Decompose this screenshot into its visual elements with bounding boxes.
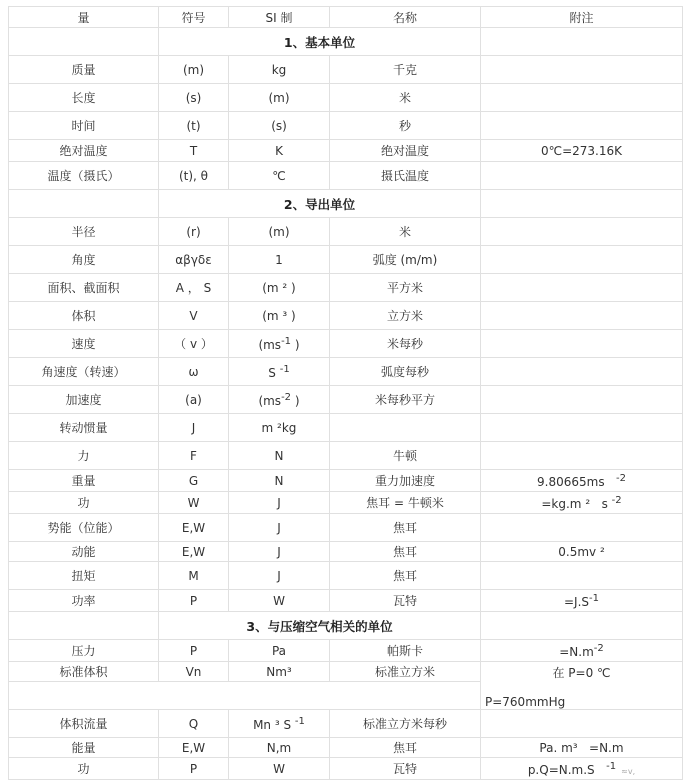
table-row: 体积流量Q Mn ³ S -1 标准立方米每秒 xyxy=(9,710,683,738)
section-row-derived: 2、导出单位 xyxy=(9,190,683,218)
table-row: 角度αβγδε1弧度 (m/m) xyxy=(9,246,683,274)
table-row: 扭矩MJ焦耳 xyxy=(9,562,683,590)
section-row-basic: 1、基本单位 xyxy=(9,28,683,56)
table-row: 绝对温度TK绝对温度0℃=273.16K xyxy=(9,140,683,162)
table-row: 重量GN重力加速度 9.80665ms -2 xyxy=(9,470,683,492)
table-row: 能量E,WN,m焦耳Pa. m³ =N.m xyxy=(9,738,683,758)
table-row: 角速度（转速）ω S -1 弧度每秒 xyxy=(9,358,683,386)
table-row: 体积V(m ³ )立方米 xyxy=(9,302,683,330)
table-row: 标准体积VnNm³标准立方米 在 P=0 ℃ P=760mmHg xyxy=(9,662,683,682)
table-row: 质量(m)kg千克 xyxy=(9,56,683,84)
table-row: 压力PPa帕斯卡 =N.m-2 xyxy=(9,640,683,662)
table-row: 半径(r)(m)米 xyxy=(9,218,683,246)
si-units-table: 量 符号 SI 制 名称 附注 1、基本单位 质量(m)kg千克 长度(s)(m… xyxy=(8,6,683,780)
header-name: 名称 xyxy=(330,7,481,28)
section-title: 1、基本单位 xyxy=(159,28,481,56)
table-row: 功PW瓦特 p.Q=N.m.S -1 ≈v, xyxy=(9,758,683,780)
table-row: 速度（ v ） (ms-1 ) 米每秒 xyxy=(9,330,683,358)
table-row: 转动惯量Jm ²kg xyxy=(9,414,683,442)
header-row: 量 符号 SI 制 名称 附注 xyxy=(9,7,683,28)
table-row: 时间(t)(s)秒 xyxy=(9,112,683,140)
section-title: 2、导出单位 xyxy=(159,190,481,218)
standard-volume-note: 在 P=0 ℃ P=760mmHg xyxy=(481,662,683,710)
header-note: 附注 xyxy=(481,7,683,28)
header-si: SI 制 xyxy=(229,7,330,28)
header-quantity: 量 xyxy=(9,7,159,28)
table-row: 面积、截面积A ， S(m ² )平方米 xyxy=(9,274,683,302)
section-title: 3、与压缩空气相关的单位 xyxy=(159,612,481,640)
section-row-air: 3、与压缩空气相关的单位 xyxy=(9,612,683,640)
table-row: 加速度(a) (ms-2 ) 米每秒平方 xyxy=(9,386,683,414)
table-row: 功WJ焦耳 = 牛顿米 =kg.m ² s -2 xyxy=(9,492,683,514)
table-row: 势能（位能）E,WJ焦耳 xyxy=(9,514,683,542)
table-row: 力FN牛顿 xyxy=(9,442,683,470)
header-symbol: 符号 xyxy=(159,7,229,28)
table-row: 动能E,WJ焦耳0.5mv ² xyxy=(9,542,683,562)
table-row: 长度(s)(m)米 xyxy=(9,84,683,112)
table-row: 功率PW瓦特 =J.S-1 xyxy=(9,590,683,612)
table-row: 温度（摄氏）(t), θ℃摄氏温度 xyxy=(9,162,683,190)
